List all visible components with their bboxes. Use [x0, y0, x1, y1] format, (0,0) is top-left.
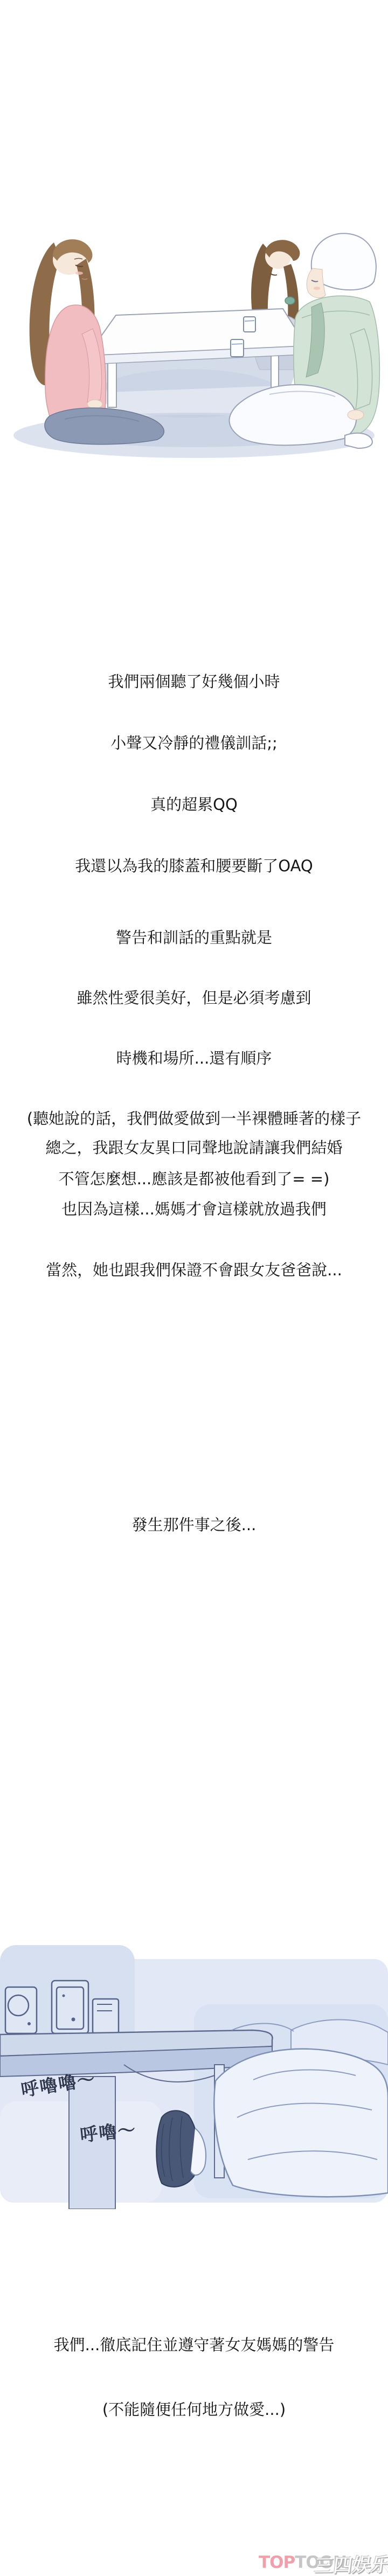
meeting-at-low-table-illustration: [0, 205, 388, 463]
narration-block-1: 我們兩個聽了好幾個小時 小聲又冷靜的禮儀訓話;; 真的超累QQ 我還以為我的膝蓋…: [0, 630, 388, 917]
watermark-brand-top: TOP: [259, 2553, 295, 2572]
dark-hair: [156, 2110, 198, 2187]
narration-block-5: 發生那件事之後...: [0, 1474, 388, 1576]
water-glass: [231, 339, 244, 357]
narration-block-4: 當然，她也跟我們保證不會跟女友爸爸說...: [0, 1219, 388, 1321]
narration-block-6: 我們...徹底記住並遵守著女友媽媽的警告 (不能隨便任何地方做愛...): [0, 2291, 388, 2463]
webtoon-page: 我們兩個聽了好幾個小時 小聲又冷靜的禮儀訓話;; 真的超累QQ 我還以為我的膝蓋…: [0, 0, 388, 2576]
watermark: TOPTOON 三四娱乐: [259, 2552, 388, 2576]
hair-scrunchie: [285, 297, 295, 304]
water-glass: [244, 317, 255, 332]
blanket: [214, 2049, 388, 2197]
watermark-site-name: 三四娱乐: [313, 2550, 388, 2576]
